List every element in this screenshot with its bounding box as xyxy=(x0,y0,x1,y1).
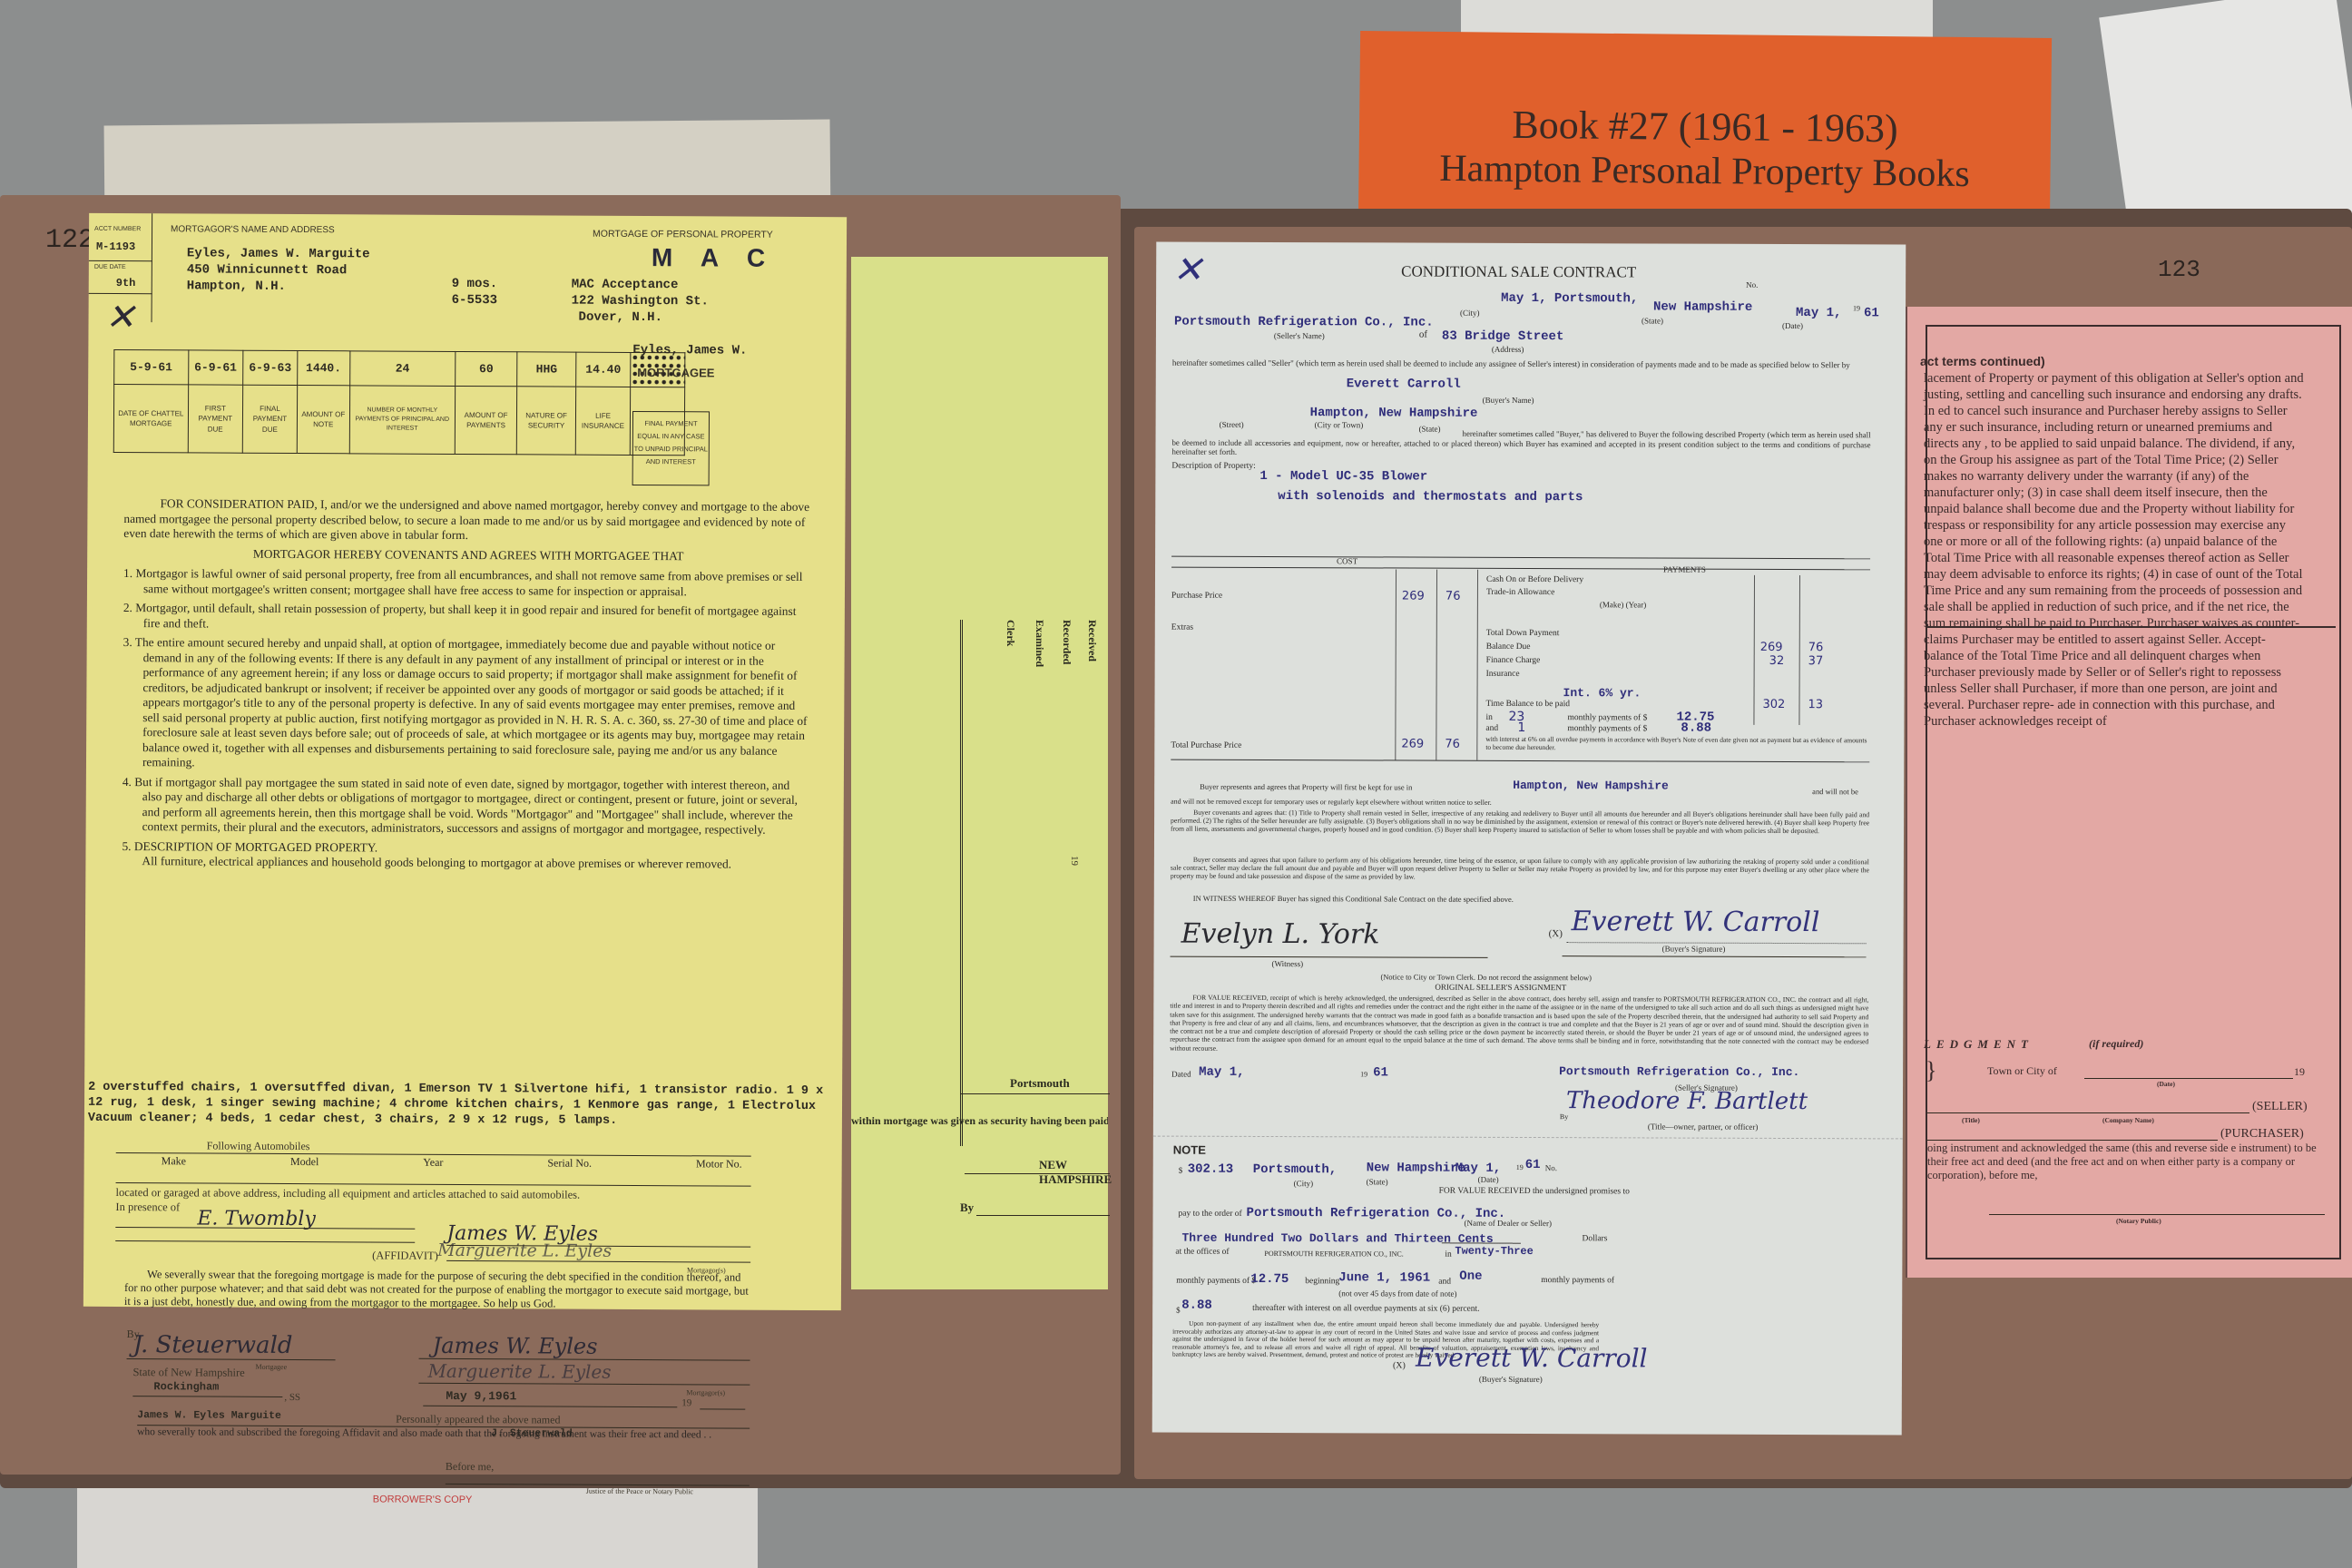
table-cell: 5-9-61 xyxy=(114,349,189,384)
description-line-1: 1 - Model UC-35 Blower xyxy=(1259,469,1427,485)
appeared-names: James W. Eyles Marguite xyxy=(137,1409,281,1422)
seller-address: 83 Bridge Street xyxy=(1442,329,1563,344)
seller-label: (SELLER) xyxy=(2252,1100,2308,1114)
received-label: Received xyxy=(1085,620,1099,661)
table-cell: 24 xyxy=(349,351,456,387)
payment-label: Finance Charge xyxy=(1486,656,1541,665)
mortgagee-signature: J. Steuerwald xyxy=(133,1331,293,1359)
borrowers-copy-label: BORROWER'S COPY xyxy=(373,1494,473,1505)
buyer-name: Everett Carroll xyxy=(1347,377,1461,391)
mortgagor-signature-2: Marguerite L. Eyles xyxy=(437,1240,612,1261)
table-cell: 60 xyxy=(456,351,517,386)
acknowledgment-text: oing instrument and acknowledged the sam… xyxy=(1927,1142,2327,1182)
justice-caption: Justice of the Peace or Notary Public xyxy=(586,1487,693,1496)
check-mark-icon: ✕ xyxy=(104,297,135,338)
col-rule xyxy=(1798,575,1800,725)
automobile-columns: Make Model Year Serial No. Motor No. xyxy=(162,1154,742,1171)
dollar-sign: $ xyxy=(1179,1166,1183,1175)
state-label: State of New Hampshire xyxy=(132,1366,244,1380)
monthly-label: monthly payments of $ xyxy=(1176,1277,1256,1286)
assignment-title: ORIGINAL SELLER'S ASSIGNMENT xyxy=(1435,983,1566,993)
witness-signature: Evelyn L. York xyxy=(1181,918,1380,951)
description-line-2: with solenoids and thermostats and parts xyxy=(1278,489,1583,505)
table-rule xyxy=(1171,556,1870,560)
col-rule xyxy=(1436,570,1437,760)
notary-caption: (Notary Public) xyxy=(2116,1217,2161,1225)
acct-number: M-1193 xyxy=(96,240,135,253)
buyer-city: Hampton, New Hampshire xyxy=(1310,406,1478,421)
note-x-mark: (X) xyxy=(1393,1360,1406,1370)
brace-icon: } xyxy=(1926,1057,1936,1084)
note-city-caption: (City) xyxy=(1294,1179,1314,1188)
payment-label: Balance Due xyxy=(1486,642,1531,652)
in-label: in xyxy=(1445,1250,1451,1259)
note-amount: 302.13 xyxy=(1188,1162,1233,1177)
notice-text: (Notice to City or Town Clerk. Do not re… xyxy=(1380,972,1592,982)
table-cell: 6-9-61 xyxy=(188,350,243,385)
assignment-text: FOR VALUE RECEIVED, receipt of which is … xyxy=(1170,994,1868,1055)
table-cell: HHG xyxy=(517,352,576,387)
book-label-title: Book #27 (1961 - 1963) xyxy=(1512,102,1898,152)
payment-dollars: 32 xyxy=(1769,654,1785,668)
final-count: One xyxy=(1459,1269,1482,1284)
affidavit-date: May 9,1961 xyxy=(446,1389,516,1403)
col-rule xyxy=(1753,575,1755,725)
cost-cents: 76 xyxy=(1445,590,1461,603)
clause-1: 1. Mortgagor is lawful owner of said per… xyxy=(123,566,813,600)
table-header: NUMBER OF MONTHLY PAYMENTS OF PRINCIPAL … xyxy=(349,386,456,455)
payment-label: Time Balance to be paid xyxy=(1485,700,1570,709)
table-rule xyxy=(1171,567,1870,571)
city-caption: (City) xyxy=(1460,309,1480,318)
vertical-rule xyxy=(960,620,963,1146)
title-caption: (Title) xyxy=(1962,1116,1980,1124)
table-cell: 14.40 xyxy=(576,352,631,387)
terms-body: lacement of Property or payment of this … xyxy=(1924,370,2305,730)
terms-heading: act terms continued) xyxy=(1920,354,2045,368)
seller-name: Portsmouth Refrigeration Co., Inc. xyxy=(1174,315,1434,330)
dated-year-prefix: 19 xyxy=(1360,1070,1367,1078)
col-rule xyxy=(1476,570,1478,760)
monthly-text: monthly payments of $ xyxy=(1567,724,1647,733)
interest-typed: Int. 6% yr. xyxy=(1563,686,1641,700)
clause-5-text: All furniture, electrical appliances and… xyxy=(122,854,811,872)
title-caption: (Title—owner, partner, or officer) xyxy=(1648,1122,1759,1131)
mortgagee-street: 122 Washington St. xyxy=(572,294,709,309)
loan-terms-table: 5-9-61 6-9-61 6-9-63 1440. 24 60 HHG 14.… xyxy=(113,349,686,456)
year-prefix: 19 xyxy=(2294,1065,2305,1079)
dollars-label: Dollars xyxy=(1582,1234,1607,1243)
dollar-sign: $ xyxy=(1176,1306,1181,1315)
due-date: 9th xyxy=(116,277,136,289)
kept-suffix-start: and will not be xyxy=(1812,787,1858,796)
note-buyer-signature: Everett W. Carroll xyxy=(1416,1343,1648,1374)
name-address-label: MORTGAGOR'S NAME AND ADDRESS xyxy=(171,224,335,235)
appeared-text: Personally appeared the above named xyxy=(396,1413,560,1427)
year-prefix: 19 xyxy=(1853,304,1860,312)
purchaser-label: (PURCHASER) xyxy=(2220,1127,2304,1142)
payment-cents: 13 xyxy=(1808,698,1823,711)
mortgagor-street: 450 Winnicunnett Road xyxy=(187,262,348,278)
of-label: of xyxy=(1419,329,1427,340)
discharge-sheet: Received Recorded Examined Clerk 19 Port… xyxy=(851,257,1108,1289)
cost-label: Total Purchase Price xyxy=(1171,741,1241,750)
witness-caption: (Witness) xyxy=(1271,959,1303,968)
table-cell: 6-9-63 xyxy=(243,350,298,385)
consents-text: Buyer consents and agrees that upon fail… xyxy=(1171,856,1869,883)
dated-year: 61 xyxy=(1373,1065,1388,1080)
check-mark-icon: ✕ xyxy=(1172,250,1203,291)
final-amount: 8.88 xyxy=(1181,1298,1212,1313)
acknowledgment-note: (if required) xyxy=(2089,1037,2143,1051)
payment-cents: 76 xyxy=(1808,641,1824,654)
in-presence-label: In presence of xyxy=(115,1200,180,1214)
contract-title: CONDITIONAL SALE CONTRACT xyxy=(1401,263,1636,282)
cost-label: Purchase Price xyxy=(1171,592,1222,601)
dated-value: May 1, xyxy=(1199,1065,1244,1080)
kept-location: Hampton, New Hampshire xyxy=(1513,779,1669,793)
phone-number: 6-5533 xyxy=(452,293,498,308)
affidavit-signature-2: Marguerite L. Eyles xyxy=(427,1360,611,1383)
book-label: Book #27 (1961 - 1963) Hampton Personal … xyxy=(1358,31,2052,233)
page-suffix: 19 xyxy=(1069,856,1080,866)
in-label: in xyxy=(1485,713,1492,722)
covenants-heading: MORTGAGOR HEREBY COVENANTS AND AGREES WI… xyxy=(123,546,813,564)
address-caption: (Address) xyxy=(1492,345,1524,354)
date-caption: (Date) xyxy=(2157,1080,2175,1088)
table-cell: 1440. xyxy=(298,351,350,386)
table-header: AMOUNT OF PAYMENTS xyxy=(455,386,517,454)
payment-label: Trade-in Allowance xyxy=(1486,588,1554,597)
pay-order-label: pay to the order of xyxy=(1179,1210,1242,1219)
mortgage-terms: FOR CONSIDERATION PAID, I, and/or we the… xyxy=(122,496,813,872)
cost-cents: 76 xyxy=(1445,738,1460,751)
description-label: Description of Property: xyxy=(1171,462,1255,471)
col-rule xyxy=(1395,569,1396,759)
col-make: Make xyxy=(162,1154,186,1168)
seller-caption: (Seller's Name) xyxy=(1274,331,1325,340)
table-header: FIRST PAYMENT DUE xyxy=(188,385,243,453)
mortgagee-city: Dover, N.H. xyxy=(579,310,663,325)
side-labels xyxy=(937,611,992,701)
monthly-amount: 12.75 xyxy=(1250,1272,1289,1287)
contract-state: New Hampshire xyxy=(1653,299,1752,314)
table-header: AMOUNT OF NOTE xyxy=(297,386,349,454)
mortgagor-city: Hampton, N.H. xyxy=(187,279,286,294)
contract-city: May 1, Portsmouth, xyxy=(1501,291,1638,307)
note-year-prefix: 19 xyxy=(1516,1163,1524,1171)
form-title: MORTGAGE OF PERSONAL PROPERTY xyxy=(593,229,773,240)
mortgagee-name: MAC Acceptance xyxy=(572,278,679,293)
installment-note: with interest at 6% on all overdue payme… xyxy=(1485,735,1867,752)
acct-label: ACCT NUMBER xyxy=(94,226,141,232)
contract-year: 61 xyxy=(1864,306,1879,320)
clause-2: 2. Mortgagor, until default, shall retai… xyxy=(123,601,813,634)
table-rule xyxy=(1171,759,1869,763)
note-date-caption: (Date) xyxy=(1478,1175,1499,1184)
mortgagee-caption: Mortgagee xyxy=(255,1363,287,1371)
clerk-label: Clerk xyxy=(1004,620,1017,646)
assignor-signature: Theodore F. Bartlett xyxy=(1566,1087,1808,1115)
final-payment-note: FINAL PAYMENT EQUAL IN ANY CASE TO UNPAI… xyxy=(632,411,710,485)
installments-2-amount: 8.88 xyxy=(1681,721,1711,736)
hereinafter-text: hereinafter sometimes called "Seller" (w… xyxy=(1172,358,1871,370)
left-page-number: 122 xyxy=(45,225,94,256)
clause-3: 3. The entire amount secured hereby and … xyxy=(122,635,813,773)
col-motor: Motor No. xyxy=(696,1157,742,1171)
before-me: Before me, xyxy=(446,1460,494,1474)
mortgagors-caption-2: Mortgagor(s) xyxy=(686,1388,725,1396)
monthly-text: monthly payments of $ xyxy=(1567,713,1647,722)
examined-label: Examined xyxy=(1033,620,1046,667)
mac-logo: M A C xyxy=(652,243,776,273)
book-label-subtitle: Hampton Personal Property Books xyxy=(1439,147,1970,196)
discharge-city: Portsmouth xyxy=(1010,1076,1070,1091)
year-prefix: 19 xyxy=(681,1397,691,1408)
col-year: Year xyxy=(423,1156,443,1170)
covenants-text: Buyer covenants and agrees that: (1) Tit… xyxy=(1171,808,1869,836)
buyer-signature: Everett W. Carroll xyxy=(1572,906,1820,938)
cost-header: COST xyxy=(1337,556,1357,565)
acknowledgment-heading: LEDGMENT xyxy=(1924,1037,2033,1052)
payment-dollars: 269 xyxy=(1760,641,1783,654)
beginning-caption: (not over 45 days from date of note) xyxy=(1338,1289,1456,1298)
contract-date: May 1, xyxy=(1796,306,1841,320)
payment-label: Insurance xyxy=(1486,670,1520,679)
installments-2-count: 1 xyxy=(1517,720,1525,735)
offices-value: PORTSMOUTH REFRIGERATION CO., INC. xyxy=(1264,1249,1403,1259)
town-label: Town or City of xyxy=(1987,1064,2057,1078)
note-state-caption: (State) xyxy=(1367,1177,1388,1186)
date-caption: (Date) xyxy=(1782,321,1803,330)
dated-label: Dated xyxy=(1171,1070,1191,1079)
offices-label: at the offices of xyxy=(1175,1248,1229,1257)
county-value: Rockingham xyxy=(153,1380,219,1393)
beginning-label: beginning xyxy=(1305,1277,1339,1286)
consideration-text: FOR CONSIDERATION PAID, I, and/or we the… xyxy=(123,496,813,544)
buyer-signature-caption: (Buyer's Signature) xyxy=(1662,945,1726,954)
mortgagor-name: Eyles, James W. Marguite xyxy=(187,246,370,261)
table-header: FINAL PAYMENT DUE xyxy=(242,385,297,453)
contract-terms-sheet: act terms continued) lacement of Propert… xyxy=(1906,307,2352,1278)
note-year: 61 xyxy=(1525,1158,1541,1172)
affidavit-title: (AFFIDAVIT) xyxy=(372,1249,438,1262)
state-caption: (State) xyxy=(1641,316,1663,325)
buyer-caption: (Buyer's Name) xyxy=(1483,396,1534,405)
conditional-sale-contract: ✕ CONDITIONAL SALE CONTRACT No. May 1, P… xyxy=(1152,242,1906,1436)
discharge-text: within mortgage was given as security ha… xyxy=(851,1114,1108,1128)
payment-label: Cash On or Before Delivery xyxy=(1486,575,1583,584)
affidavit-signature-1: James W. Eyles xyxy=(433,1333,598,1359)
note-no-label: No. xyxy=(1545,1163,1557,1172)
thereafter-text: thereafter with interest on all overdue … xyxy=(1252,1304,1479,1314)
loan-term: 9 mos. xyxy=(452,277,498,291)
witness-text: IN WITNESS WHEREOF Buyer has signed this… xyxy=(1193,894,1847,906)
payment-label: Total Down Payment xyxy=(1486,629,1560,638)
note-title: NOTE xyxy=(1173,1143,1206,1157)
clause-4: 4. But if mortgagor shall pay mortgagee … xyxy=(122,775,812,838)
col-serial: Serial No. xyxy=(547,1156,592,1170)
company-caption: (Company Name) xyxy=(2102,1116,2154,1124)
mortgagee-label: MORTGAGEE xyxy=(637,366,714,379)
table-header: LIFE INSURANCE xyxy=(575,387,630,455)
note-state: New Hampshire xyxy=(1367,1161,1465,1175)
buyer-text: hereinafter sometimes called "Buyer," ha… xyxy=(1171,428,1870,459)
due-date-label: DUE DATE xyxy=(94,264,126,270)
ss-label: , SS xyxy=(284,1392,300,1403)
installments-words: Twenty-Three xyxy=(1455,1245,1533,1258)
and-label: and xyxy=(1485,724,1498,733)
payee-caption: (Name of Dealer or Seller) xyxy=(1465,1219,1552,1228)
col-model: Model xyxy=(290,1155,318,1169)
cost-label: Extras xyxy=(1171,623,1193,632)
recorded-label: Recorded xyxy=(1060,620,1073,664)
kept-suffix: and will not be removed except for tempo… xyxy=(1171,798,1869,809)
payment-cents: 37 xyxy=(1808,654,1824,668)
assign-seller: Portsmouth Refrigeration Co., Inc. xyxy=(1559,1064,1799,1079)
automobiles-label: Following Automobiles xyxy=(207,1140,310,1154)
garaged-text: located or garaged at above address, inc… xyxy=(115,1186,580,1202)
contract-no-label: No. xyxy=(1746,280,1758,289)
note-city: Portsmouth, xyxy=(1253,1162,1337,1177)
mortgaged-property-list: 2 overstuffed chairs, 1 oversutffed diva… xyxy=(88,1080,841,1130)
and-label: and xyxy=(1438,1278,1451,1287)
final-monthly-label: monthly payments of xyxy=(1541,1276,1614,1285)
cost-dollars: 269 xyxy=(1402,590,1425,603)
payment-dollars: 302 xyxy=(1762,698,1785,711)
beginning-date: June 1, 1961 xyxy=(1338,1270,1430,1285)
affidavit-text: We severally swear that the foregoing mo… xyxy=(124,1268,750,1312)
kept-text: Buyer represents and agrees that Propert… xyxy=(1200,782,1412,792)
table-header: DATE OF CHATTEL MORTGAGE xyxy=(113,384,188,452)
note-signature-caption: (Buyer's Signature) xyxy=(1479,1375,1543,1384)
make-year-caption: (Make) (Year) xyxy=(1600,600,1646,609)
x-mark: (X) xyxy=(1549,928,1563,939)
right-page-number: 123 xyxy=(2158,256,2200,283)
note-date: May 1, xyxy=(1455,1161,1501,1176)
mortgage-document: ACCT NUMBER M-1193 DUE DATE 9th ✕ MORTGA… xyxy=(83,213,847,1310)
table-header: NATURE OF SECURITY xyxy=(516,387,575,455)
discharge-by: By xyxy=(960,1200,974,1215)
promise-text: FOR VALUE RECEIVED the undersigned promi… xyxy=(1439,1187,1630,1197)
discharge-state: NEW HAMPSHIRE xyxy=(1039,1158,1112,1187)
cost-dollars: 269 xyxy=(1401,738,1424,751)
